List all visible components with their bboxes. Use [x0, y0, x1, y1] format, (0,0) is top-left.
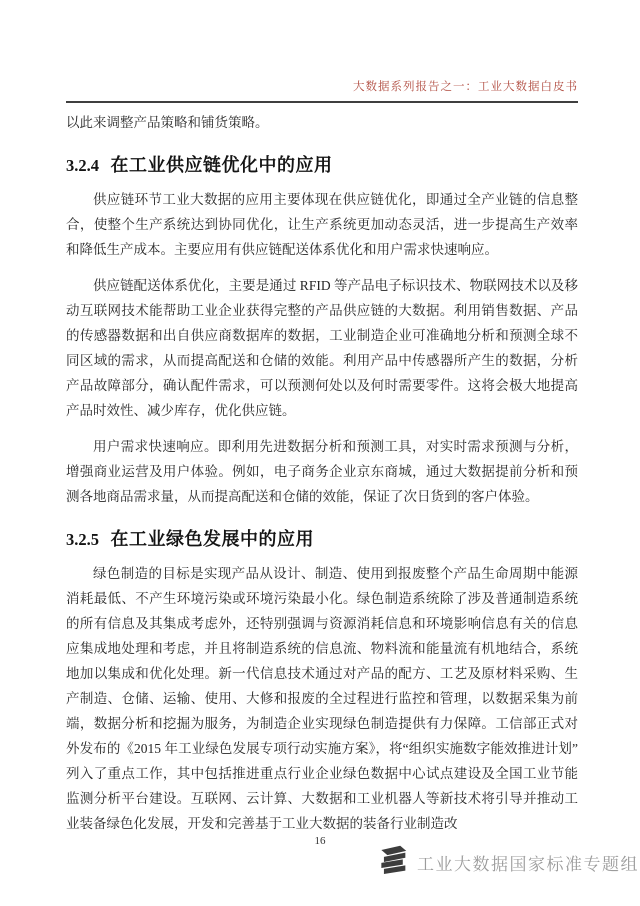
footer-logo-text: 工业大数据国家标准专题组	[417, 850, 639, 875]
footer-logo: 工业大数据国家标准专题组	[377, 844, 639, 880]
books-stack-icon	[377, 844, 408, 880]
page-body: 以此来调整产品策略和铺货策略。 3.2.4 在工业供应链优化中的应用 供应链环节…	[66, 110, 578, 836]
running-header-title: 大数据系列报告之一：工业大数据白皮书	[353, 81, 578, 93]
section-title: 在工业绿色发展中的应用	[111, 529, 315, 550]
section-number: 3.2.5	[66, 530, 99, 549]
intro-paragraph: 以此来调整产品策略和铺货策略。	[66, 110, 578, 135]
running-header: 大数据系列报告之一：工业大数据白皮书	[66, 78, 578, 103]
paragraph-user-demand-response: 用户需求快速响应。即利用先进数据分析和预测工具，对实时需求预测与分析，增强商业运…	[66, 434, 578, 509]
section-heading-3-2-4: 3.2.4 在工业供应链优化中的应用	[66, 153, 578, 178]
paragraph-green-manufacturing: 绿色制造的目标是实现产品从设计、制造、使用到报废整个产品生命周期中能源消耗最低、…	[66, 561, 578, 836]
section-heading-3-2-5: 3.2.5 在工业绿色发展中的应用	[66, 527, 578, 552]
section-title: 在工业供应链优化中的应用	[111, 155, 333, 176]
paragraph-supply-chain-overview: 供应链环节工业大数据的应用主要体现在供应链优化，即通过全产业链的信息整合，使整个…	[66, 187, 578, 262]
section-number: 3.2.4	[66, 156, 99, 175]
paragraph-distribution-optimization: 供应链配送体系优化，主要是通过 RFID 等产品电子标识技术、物联网技术以及移动…	[66, 273, 578, 423]
document-page: 大数据系列报告之一：工业大数据白皮书 以此来调整产品策略和铺货策略。 3.2.4…	[0, 0, 640, 906]
